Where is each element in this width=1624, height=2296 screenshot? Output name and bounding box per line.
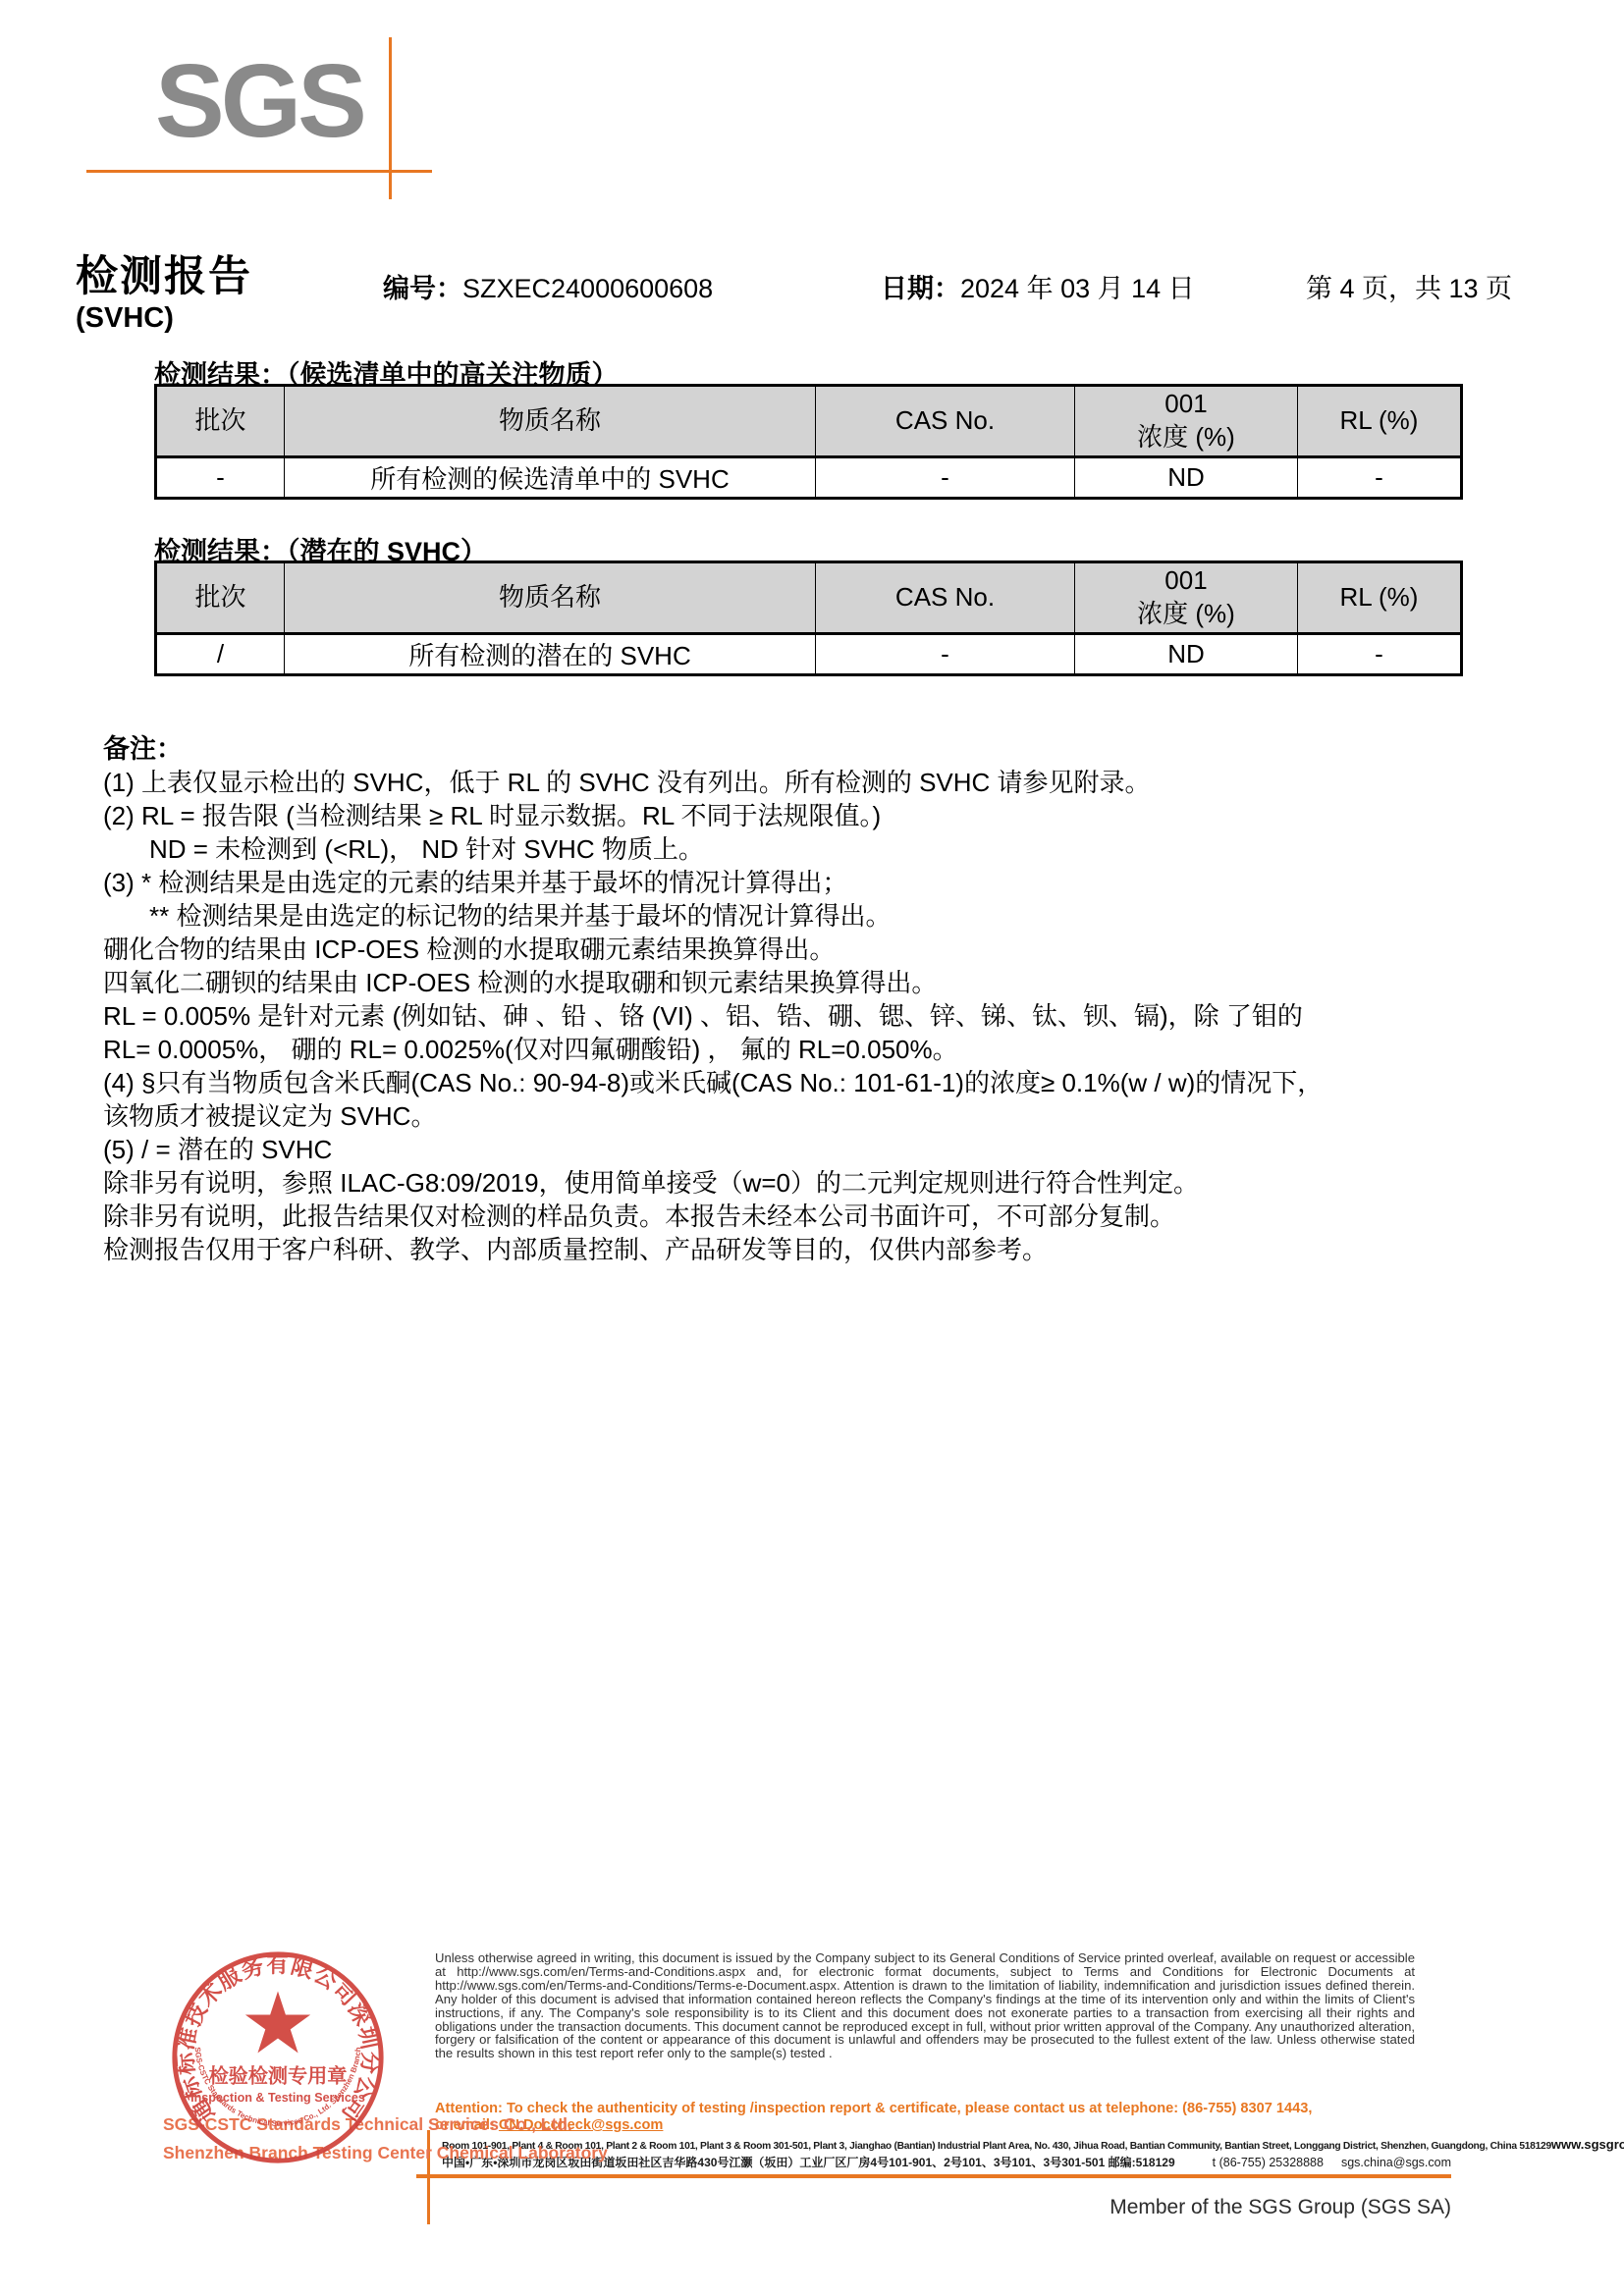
- table-row: - 所有检测的候选清单中的 SVHC - ND -: [156, 457, 1462, 499]
- cell-batch: -: [156, 457, 285, 499]
- svhc-candidate-results-table: 批次 物质名称 CAS No. 001 浓度 (%) RL (%) - 所有检测…: [154, 384, 1463, 500]
- logo-crosshair-vertical: [389, 37, 392, 199]
- col-header-substance: 物质名称: [285, 562, 816, 634]
- table-row: / 所有检测的潜在的 SVHC - ND -: [156, 634, 1462, 675]
- cell-rl: -: [1298, 634, 1462, 675]
- star-icon: ★: [240, 1977, 316, 2071]
- note-line: 硼化合物的结果由 ICP-OES 检测的水提取硼元素结果换算得出。: [103, 933, 1576, 966]
- report-date-label: 日期：: [881, 274, 960, 303]
- cell-concentration: ND: [1075, 634, 1298, 675]
- contact-email: sgs.china@sgs.com: [1341, 2156, 1451, 2169]
- report-date-value: 2024 年 03 月 14 日: [960, 274, 1195, 303]
- col-header-substance: 物质名称: [285, 386, 816, 457]
- col-header-batch: 批次: [156, 386, 285, 457]
- note-line: 该物质才被提议定为 SVHC。: [103, 1099, 1576, 1133]
- notes-section: 备注： (1) 上表仅显示检出的 SVHC，低于 RL 的 SVHC 没有列出。…: [103, 732, 1576, 1266]
- sgs-group-member-text: Member of the SGS Group (SGS SA): [941, 2196, 1451, 2219]
- table1-header-row: 批次 物质名称 CAS No. 001 浓度 (%) RL (%): [156, 386, 1462, 457]
- report-number-label: 编号：: [383, 274, 462, 303]
- col-header-rl: RL (%): [1298, 386, 1462, 457]
- website-url: www.sgsgroup.com.cn: [1551, 2137, 1624, 2152]
- seal-center-en: Inspection & Testing Services: [190, 2091, 365, 2105]
- page-subtitle: (SVHC): [76, 302, 174, 335]
- cell-batch: /: [156, 634, 285, 675]
- cell-cas: -: [816, 457, 1075, 499]
- note-line: 除非另有说明，此报告结果仅对检测的样品负责。本报告未经本公司书面许可，不可部分复…: [103, 1200, 1576, 1233]
- note-line: 除非另有说明，参照 ILAC-G8:09/2019，使用简单接受（w=0）的二元…: [103, 1166, 1576, 1200]
- note-line: RL = 0.005% 是针对元素 (例如钴、砷 、铅 、铬 (VI) 、铝、锆…: [103, 999, 1576, 1033]
- notes-heading: 备注：: [103, 732, 1576, 766]
- col-header-cas: CAS No.: [816, 386, 1075, 457]
- col-header-concentration: 001 浓度 (%): [1075, 386, 1298, 457]
- note-line: (5) / = 潜在的 SVHC: [103, 1133, 1576, 1166]
- note-line: (1) 上表仅显示检出的 SVHC，低于 RL 的 SVHC 没有列出。所有检测…: [103, 766, 1576, 799]
- table2-header-row: 批次 物质名称 CAS No. 001 浓度 (%) RL (%): [156, 562, 1462, 634]
- col-header-cas: CAS No.: [816, 562, 1075, 634]
- cell-rl: -: [1298, 457, 1462, 499]
- inspection-testing-seal: 通标标准技术服务有限公司深圳分公司 SGS-CSTC Standards Tec…: [167, 1947, 389, 2168]
- seal-center-cn: 检验检测专用章: [209, 2064, 348, 2088]
- note-line: 四氧化二硼钡的结果由 ICP-OES 检测的水提取硼和钡元素结果换算得出。: [103, 966, 1576, 999]
- note-line: (3) * 检测结果是由选定的元素的结果并基于最坏的情况计算得出；: [103, 866, 1576, 899]
- legal-disclaimer: Unless otherwise agreed in writing, this…: [435, 1951, 1415, 2060]
- col-header-batch: 批次: [156, 562, 285, 634]
- page-title: 检测报告: [76, 243, 252, 303]
- cell-concentration: ND: [1075, 457, 1298, 499]
- col-header-rl: RL (%): [1298, 562, 1462, 634]
- page-number-info: 第 4 页，共 13 页: [1306, 267, 1512, 305]
- note-line: 检测报告仅用于客户科研、教学、内部质量控制、产品研发等目的，仅供内部参考。: [103, 1233, 1576, 1266]
- report-number: 编号：SZXEC24000600608: [383, 267, 713, 305]
- report-date: 日期：2024 年 03 月 14 日: [881, 267, 1195, 305]
- svhc-potential-results-table: 批次 物质名称 CAS No. 001 浓度 (%) RL (%) / 所有检测…: [154, 561, 1463, 676]
- report-page: SGS 检测报告 (SVHC) 编号：SZXEC24000600608 日期：2…: [0, 0, 1624, 2296]
- col-header-concentration: 001 浓度 (%): [1075, 562, 1298, 634]
- cell-cas: -: [816, 634, 1075, 675]
- footer-orange-rule: [416, 2174, 1451, 2178]
- phone-number: t (86-755) 25328888: [1213, 2156, 1324, 2169]
- report-number-value: SZXEC24000600608: [462, 274, 713, 303]
- note-line: ** 检测结果是由选定的标记物的结果并基于最坏的情况计算得出。: [103, 899, 1576, 933]
- cell-substance: 所有检测的潜在的 SVHC: [285, 634, 816, 675]
- cell-substance: 所有检测的候选清单中的 SVHC: [285, 457, 816, 499]
- sgs-logo: SGS: [155, 39, 363, 164]
- note-line: (4) §只有当物质包含米氏酮(CAS No.: 90-94-8)或米氏碱(CA…: [103, 1066, 1576, 1099]
- note-line: (2) RL = 报告限 (当检测结果 ≥ RL 时显示数据。RL 不同于法规限…: [103, 799, 1576, 832]
- logo-crosshair-horizontal: [86, 170, 432, 173]
- address-english: Room 101-901, Plant 4 & Room 101, Plant …: [442, 2141, 1551, 2152]
- note-line: RL= 0.0005%， 硼的 RL= 0.0025%(仅对四氟硼酸铅) ， 氟…: [103, 1033, 1576, 1066]
- note-line: ND = 未检测到 (<RL)， ND 针对 SVHC 物质上。: [103, 832, 1576, 866]
